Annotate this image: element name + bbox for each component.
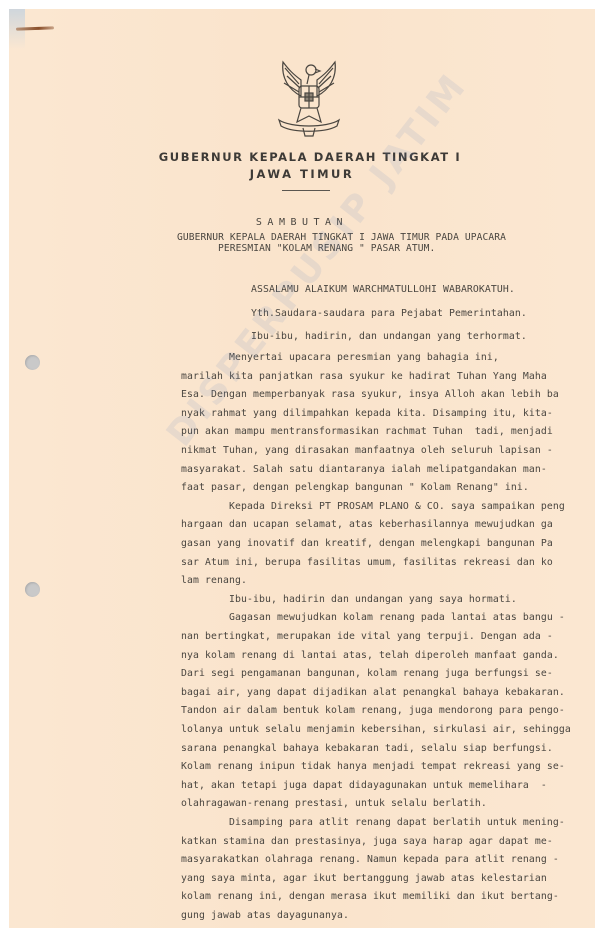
greeting-line: Ibu-ibu, hadirin, dan undangan yang terh… — [251, 331, 527, 342]
body-text-line: sar Atum ini, berupa fasilitas umum, fas… — [181, 557, 553, 568]
letterhead-divider — [282, 190, 330, 191]
staple-mark — [16, 26, 54, 30]
body-text-line: Kepada Direksi PT PROSAM PLANO & CO. say… — [181, 501, 565, 512]
body-text-line: sarana penangkal bahaya kebakaran tadi, … — [181, 743, 553, 754]
body-text-line: Dari segi pengamanan bangunan, kolam ren… — [181, 668, 553, 679]
punch-hole — [25, 355, 40, 370]
body-text-line: Disamping para atlit renang dapat berlat… — [181, 817, 565, 828]
body-text-line: faat pasar, dengan pelengkap bangunan " … — [181, 482, 529, 493]
body-text-line: Tandon air dalam bentuk kolam renang, ju… — [181, 705, 565, 716]
body-text-line: masyarakat. Salah satu diantaranya ialah… — [181, 464, 547, 475]
body-text-line: Ibu-ibu, hadirin dan undangan yang saya … — [181, 594, 517, 605]
body-text-line: nyak rahmat yang dilimpahkan kepada kita… — [181, 408, 553, 419]
body-text-line: kolam renang ini, dengan merasa ikut mem… — [181, 891, 559, 902]
body-text-line: nikmat Tuhan, yang dirasakan manfaatnya … — [181, 445, 553, 456]
document-page: GUBERNUR KEPALA DAERAH TINGKAT I JAWA TI… — [9, 9, 595, 928]
body-text-line: pun akan mampu mentransformasikan rachma… — [181, 426, 553, 437]
body-text-line: bagai air, yang dapat dijadikan alat pen… — [181, 687, 565, 698]
body-text-line: hargaan dan ucapan selamat, atas keberha… — [181, 519, 553, 530]
body-text-line: lam renang. — [181, 575, 247, 586]
punch-hole — [25, 582, 40, 597]
letterhead-region: JAWA TIMUR — [9, 167, 595, 181]
body-text-line: nan bertingkat, merupakan ide vital yang… — [181, 631, 553, 642]
body-text-line: gasan yang inovatif dan kreatif, dengan … — [181, 538, 553, 549]
body-text-line: gung jawab atas dayagunanya. — [181, 910, 349, 921]
garuda-emblem-icon — [271, 56, 347, 142]
body-text-line: Gagasan mewujudkan kolam renang pada lan… — [181, 612, 565, 623]
body-text-line: lolanya untuk selalu menjamin kebersihan… — [181, 724, 571, 735]
document-title: SAMBUTAN — [9, 217, 595, 228]
body-text-line: katkan stamina dan prestasinya, juga say… — [181, 836, 553, 847]
letterhead-title: GUBERNUR KEPALA DAERAH TINGKAT I — [17, 150, 595, 164]
body-text-line: masyarakatkan olahraga renang. Namun kep… — [181, 854, 559, 865]
body-text-line: nya kolam renang di lantai atas, telah d… — [181, 650, 559, 661]
body-text-line: olahragawan-renang prestasi, untuk selal… — [181, 798, 487, 809]
body-text-line: Kolam renang inipun tidak hanya menjadi … — [181, 761, 565, 772]
body-text-line: hat, akan tetapi juga dapat didayagunaka… — [181, 780, 547, 791]
body-text-line: yang saya minta, agar ikut bertanggung j… — [181, 873, 547, 884]
